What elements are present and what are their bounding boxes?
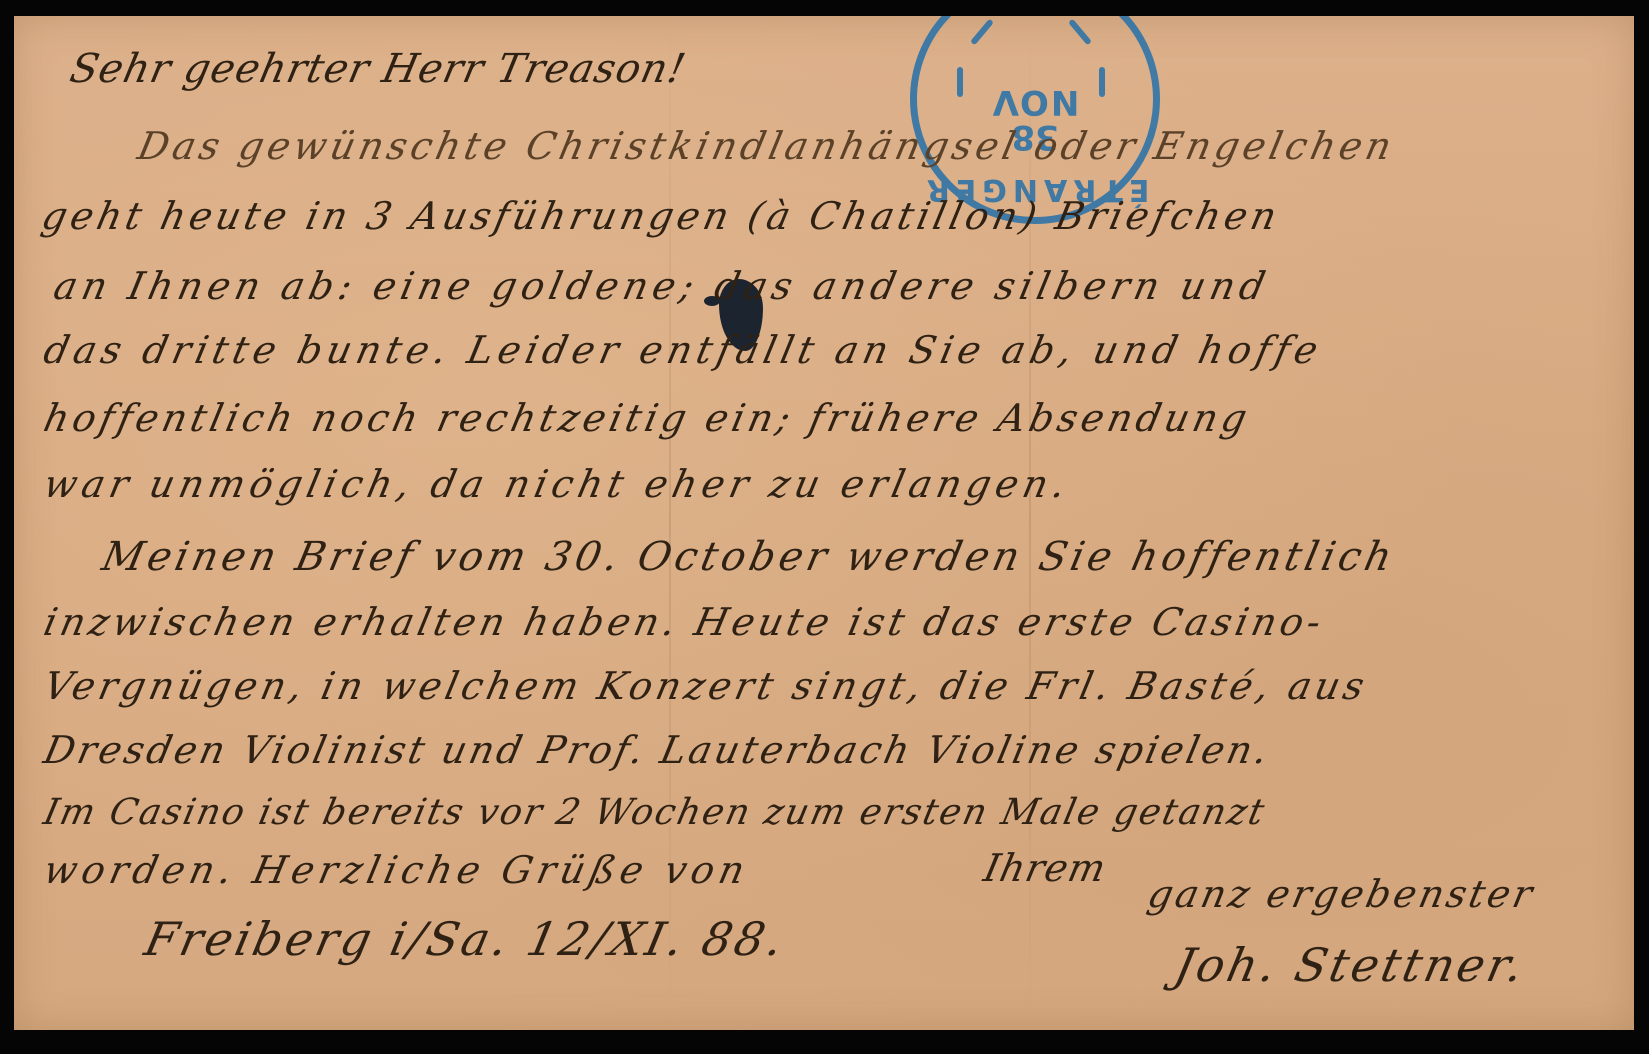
letter-line: Im Casino ist bereits vor 2 Wochen zum e… <box>40 792 1270 833</box>
letter-line: das dritte bunte. Leider entfällt an Sie… <box>40 328 1327 372</box>
postmark-stamp: ÉTRANGER 38 NOV <box>910 16 1160 224</box>
letter-line: inzwischen erhalten haben. Heute ist das… <box>40 600 1329 644</box>
letter-line: Vergnügen, in welchem Konzert singt, die… <box>40 664 1372 708</box>
postmark-dash <box>970 19 994 46</box>
letter-line: geht heute in 3 Ausführungen (à Chatillo… <box>38 194 1284 238</box>
letter-line: an Ihnen ab: eine goldene; das andere si… <box>50 264 1274 308</box>
postmark-dash <box>1068 19 1092 46</box>
signature: Joh. Stettner. <box>1170 938 1531 992</box>
scan-border: ÉTRANGER 38 NOV Sehr geehrter Herr Treas… <box>0 0 1649 1054</box>
letter-line: war unmöglich, da nicht eher zu erlangen… <box>40 462 1075 506</box>
postmark-month: NOV <box>917 82 1153 122</box>
postcard: ÉTRANGER 38 NOV Sehr geehrter Herr Treas… <box>14 16 1634 1030</box>
postmark-dash <box>1099 67 1105 97</box>
letter-line: Das gewünschte Christkindlanhängsel oder… <box>134 124 1399 168</box>
letter-line: Ihrem <box>980 846 1111 890</box>
closing-phrase: ganz ergebenster <box>1144 872 1539 916</box>
place-and-date: Freiberg i/Sa. 12/XI. 88. <box>140 912 791 966</box>
letter-line: Meinen Brief vom 30. October werden Sie … <box>98 534 1400 580</box>
letter-line: worden. Herzliche Grüße von <box>40 848 754 892</box>
letter-line-salutation: Sehr geehrter Herr Treason! <box>66 46 690 92</box>
letter-line: hoffentlich noch rechtzeitig ein; früher… <box>40 396 1255 440</box>
letter-line: Dresden Violinist und Prof. Lauterbach V… <box>40 728 1275 772</box>
postmark-dash <box>957 67 963 97</box>
